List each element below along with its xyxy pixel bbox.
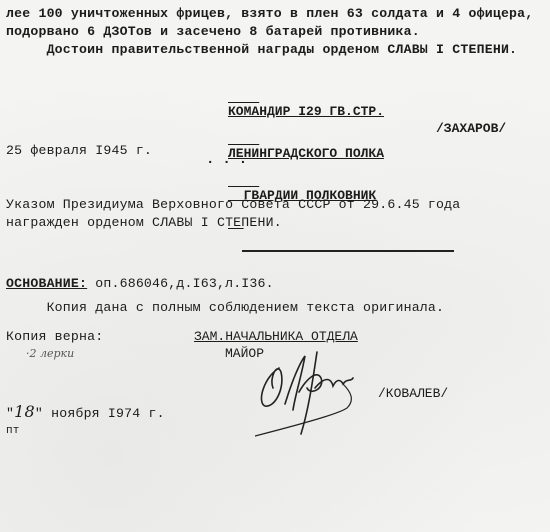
typist-initials: пт <box>6 423 20 439</box>
date-2-day-handwritten: 18 <box>14 402 35 421</box>
commander-title-line-1: КОМАНДИР I29 ГВ.СТР. <box>228 105 384 119</box>
major-signature-name: /КОВАЛЕВ/ <box>378 386 448 401</box>
commander-signature-name: /ЗАХАРОВ/ <box>436 121 506 136</box>
date-2: "18" ноября I974 г. <box>6 404 165 422</box>
basis-value: оп.686046,д.I63,л.I36. <box>87 276 274 291</box>
copy-note: Копия дана с полным соблюдением текста о… <box>6 300 444 316</box>
date-2-open-quote: " <box>6 406 14 421</box>
document-page: лее 100 уничтоженных фрицев, взято в пле… <box>0 0 550 532</box>
paragraph-line-3: Достоин правительственной награды ордено… <box>6 42 517 58</box>
basis-line: ОСНОВАНИЕ: оп.686046,д.I63,л.I36. <box>6 276 274 292</box>
position-line-1: ЗАМ.НАЧАЛЬНИКА ОТДЕЛА <box>194 329 358 344</box>
handwritten-note: ·2 лерки <box>26 347 74 360</box>
paragraph-line-2: подорвано 6 ДЗОТов и засечено 8 батарей … <box>6 24 420 40</box>
date-2-rest: " ноября I974 г. <box>35 406 165 421</box>
date-1: 25 февраля I945 г. <box>6 143 152 159</box>
separator-dots: ... <box>206 152 255 168</box>
decree-line-1: Указом Президиума Верховного Совета СССР… <box>6 197 460 213</box>
paragraph-line-1: лее 100 уничтоженных фрицев, взято в пле… <box>6 6 533 22</box>
decree-line-2: награжден орденом СЛАВЫ I СТЕПЕНИ. <box>6 215 282 231</box>
basis-label: ОСНОВАНИЕ: <box>6 276 87 291</box>
handwritten-signature-icon <box>255 348 375 438</box>
horizontal-rule <box>242 250 454 252</box>
copy-true-label: Копия верна: <box>6 329 103 345</box>
